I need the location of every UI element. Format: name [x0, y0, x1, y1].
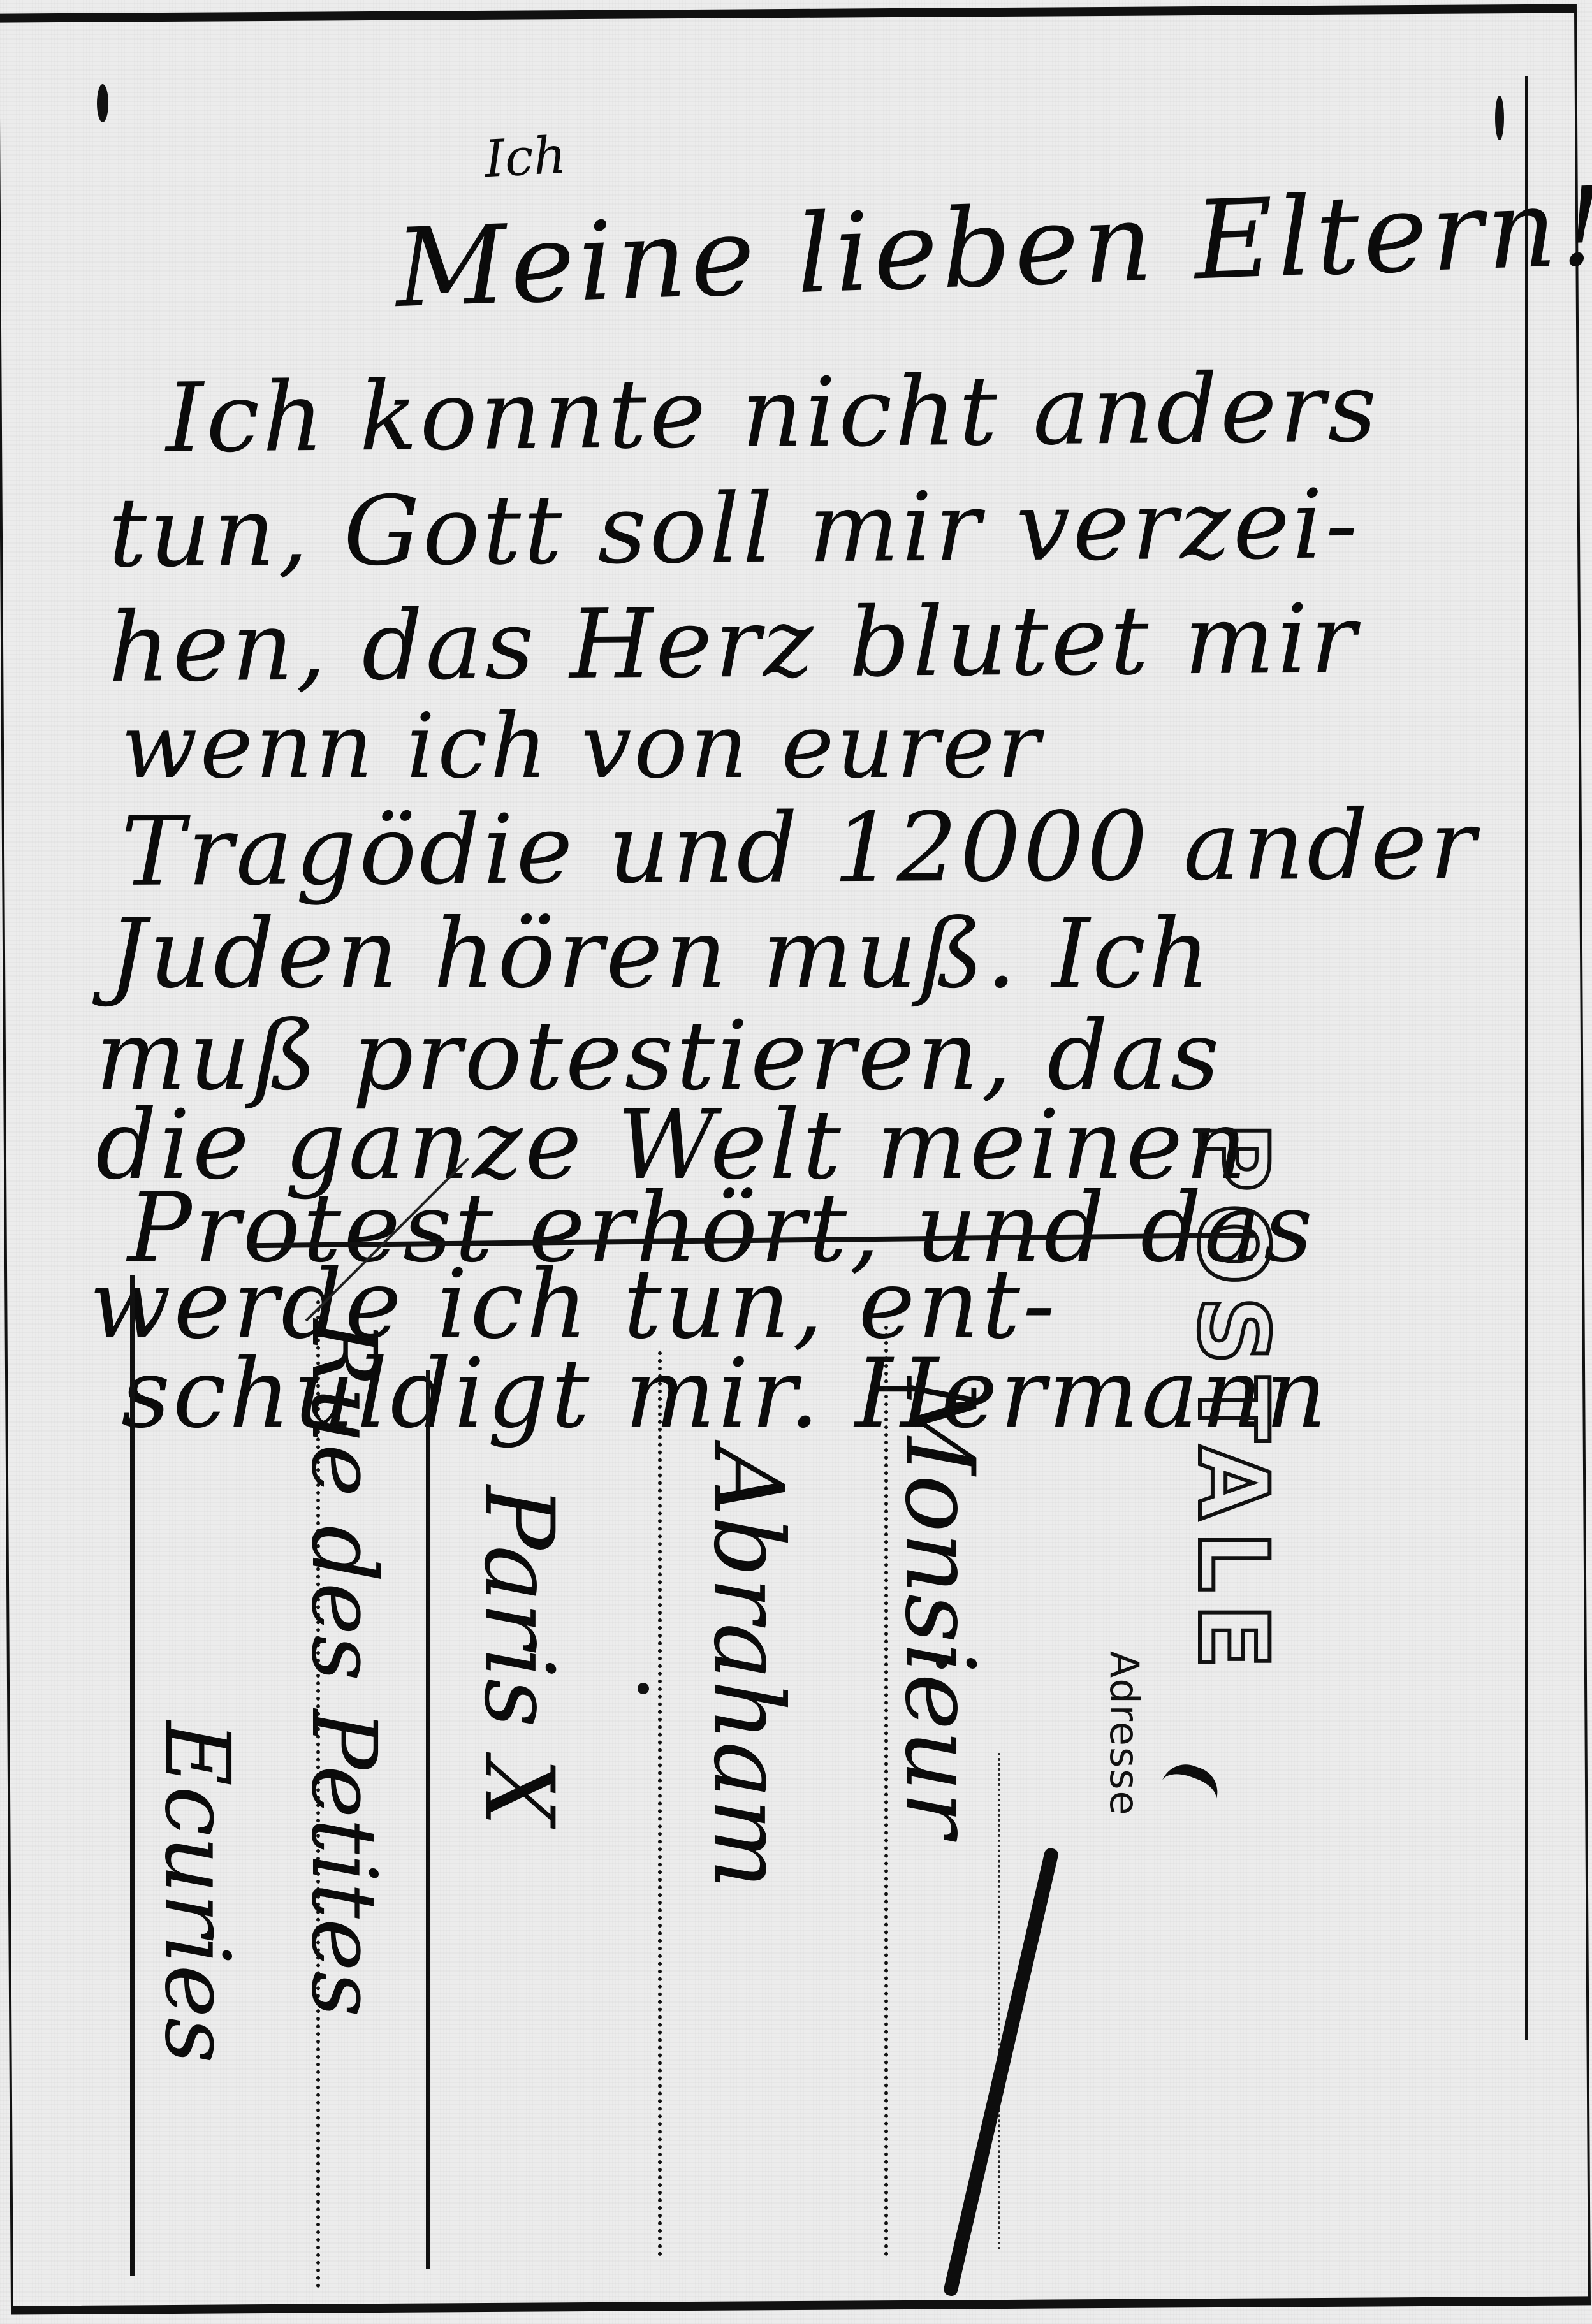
letter-line-6: Juden hören muß. Ich: [108, 899, 1213, 1010]
printed-postale: POSTALE: [1177, 1122, 1288, 1680]
address-line-1: Monsieur: [884, 1377, 995, 1838]
address-rule-3: [658, 1351, 662, 2256]
address-line-3: Paris X: [463, 1485, 574, 1826]
letter-line-3: hen, das Herz blutet mir: [108, 584, 1359, 704]
postcard-scan: Ich Meine lieben Eltern! Ich konnte nich…: [0, 0, 1592, 2324]
address-line-4: Rue des Petites: [291, 1319, 395, 2017]
address-line-5: Ecuries: [145, 1721, 249, 2063]
ink-mark: [936, 1657, 947, 1669]
left-margin-rule: [130, 1275, 135, 2276]
letter-line-1: Ich konnte nicht anders: [165, 352, 1380, 474]
letter-line-5: Tragödie und 12000 ander: [121, 790, 1479, 908]
ink-mark: [1495, 96, 1504, 140]
address-rule-5: [998, 1753, 1000, 2250]
letter-line-2: tun, Gott soll mir verzei-: [108, 469, 1361, 589]
address-rule-2: [426, 1370, 430, 2269]
letter-line-4: wenn ich von eurer: [121, 695, 1042, 799]
ink-mark: [638, 1683, 649, 1694]
ink-mark: [97, 84, 108, 122]
salutation-annotation: Ich: [483, 126, 568, 189]
right-margin-rule: [1525, 76, 1528, 2040]
printed-adresse: Adresse: [1101, 1651, 1148, 1817]
address-line-2: Abraham: [692, 1447, 803, 1889]
